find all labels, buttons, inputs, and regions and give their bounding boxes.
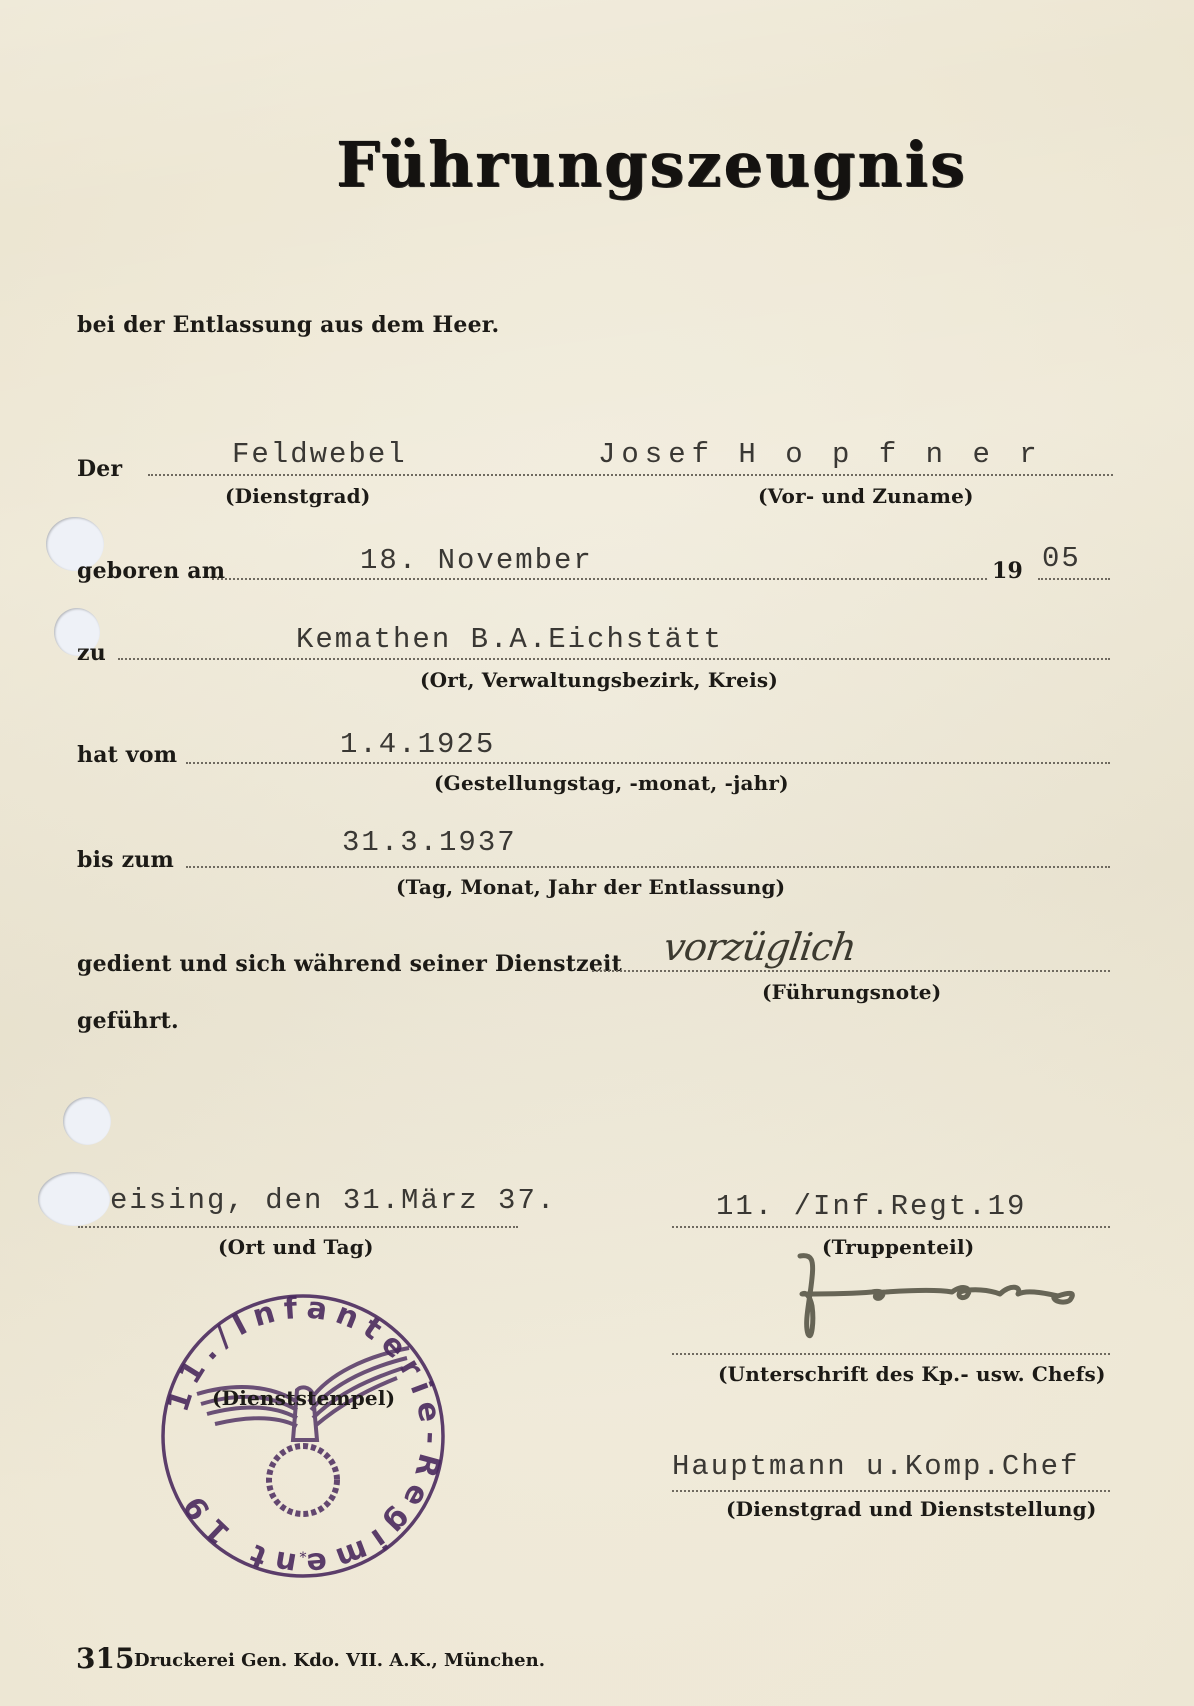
- from-line: [186, 762, 1110, 764]
- place-date-caption: (Ort und Tag): [218, 1235, 374, 1259]
- name-caption: (Vor- und Zuname): [758, 484, 974, 508]
- signature-caption: (Unterschrift des Kp.- usw. Chefs): [718, 1362, 1106, 1386]
- punch-hole: [38, 1172, 110, 1226]
- stamp-caption: (Dienststempel): [212, 1386, 395, 1410]
- conduct-label: gedient und sich während seiner Dienstze…: [77, 951, 622, 977]
- name-value[interactable]: Josef H o p f n e r: [598, 438, 1043, 471]
- until-line: [186, 866, 1110, 868]
- conduct-label-end: geführt.: [77, 1008, 179, 1034]
- conduct-line: [592, 970, 1110, 972]
- official-stamp: 11./Infanterie-Regiment 19 *: [157, 1290, 449, 1582]
- born-line: [212, 578, 987, 580]
- place-date-line: [78, 1226, 518, 1228]
- place-value[interactable]: Kemathen B.A.Eichstätt: [296, 623, 723, 656]
- year-line: [1038, 578, 1110, 580]
- svg-text:11./Infanterie-Regiment 19: 11./Infanterie-Regiment 19: [161, 1290, 449, 1581]
- form-number: 315: [76, 1642, 134, 1675]
- place-date-value[interactable]: eising, den 31.März 37.: [110, 1184, 556, 1217]
- from-caption: (Gestellungstag, -monat, -jahr): [434, 771, 789, 795]
- printer-imprint: Druckerei Gen. Kdo. VII. A.K., München.: [134, 1650, 545, 1671]
- century-prefix: 19: [992, 558, 1023, 584]
- der-line: [148, 474, 1113, 476]
- until-caption: (Tag, Monat, Jahr der Entlassung): [396, 875, 785, 899]
- rank-position-line: [672, 1490, 1110, 1492]
- svg-text:*: *: [300, 1550, 307, 1566]
- place-label: zu: [77, 640, 106, 666]
- born-year-value[interactable]: 05: [1042, 542, 1081, 575]
- rank-position-value[interactable]: Hauptmann u.Komp.Chef: [672, 1450, 1079, 1483]
- commander-signature: [790, 1250, 1090, 1350]
- rank-position-caption: (Dienstgrad und Dienststellung): [726, 1497, 1096, 1521]
- document-subtitle: bei der Entlassung aus dem Heer.: [77, 312, 499, 338]
- document-title: Führungszeugnis: [336, 128, 866, 201]
- until-value[interactable]: 31.3.1937: [342, 826, 517, 859]
- unit-line: [672, 1226, 1110, 1228]
- wreath-emblem-icon: [269, 1446, 337, 1514]
- der-label: Der: [77, 456, 122, 482]
- rank-caption: (Dienstgrad): [225, 484, 371, 508]
- place-line: [118, 658, 1110, 660]
- until-label: bis zum: [77, 847, 174, 873]
- punch-hole: [63, 1097, 111, 1145]
- rank-value[interactable]: Feldwebel: [232, 438, 407, 471]
- place-caption: (Ort, Verwaltungsbezirk, Kreis): [420, 668, 778, 692]
- born-date-value[interactable]: 18. November: [360, 544, 593, 577]
- signature-line: [672, 1353, 1110, 1355]
- from-value[interactable]: 1.4.1925: [340, 728, 495, 761]
- conduct-grade-handwritten[interactable]: vorzüglich: [661, 925, 859, 969]
- born-label: geboren am: [77, 558, 225, 584]
- from-label: hat vom: [77, 742, 177, 768]
- unit-value[interactable]: 11. /Inf.Regt.19: [716, 1190, 1026, 1223]
- stamp-ring-text: 11./Infanterie-Regiment 19: [161, 1290, 449, 1581]
- conduct-caption: (Führungsnote): [762, 980, 941, 1004]
